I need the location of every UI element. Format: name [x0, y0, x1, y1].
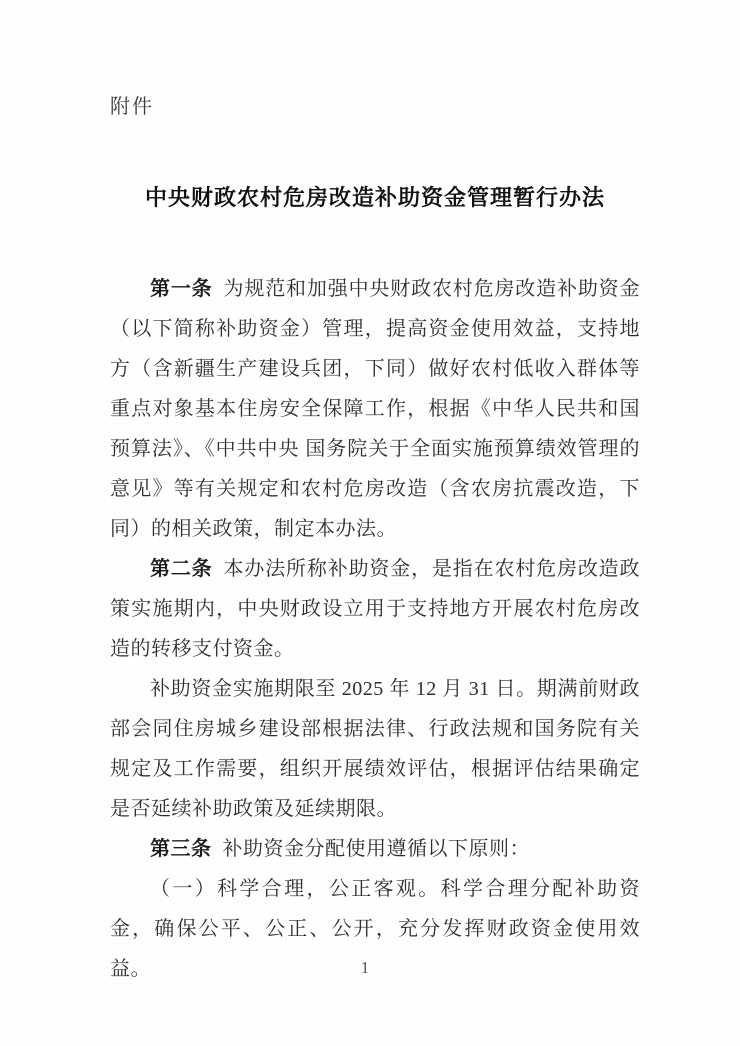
paragraph-article-2-continued: 补助资金实施期限至 2025 年 12 月 31 日。期满前财政部会同住房城乡建… [110, 669, 640, 829]
article-1-number: 第一条 [150, 278, 213, 300]
article-2b-text: 补助资金实施期限至 2025 年 12 月 31 日。期满前财政部会同住房城乡建… [110, 678, 640, 820]
article-1-text: 为规范和加强中央财政农村危房改造补助资金（以下简称补助资金）管理，提高资金使用效… [110, 278, 640, 540]
article-3-number: 第三条 [150, 838, 212, 860]
article-3-text: 补助资金分配使用遵循以下原则： [223, 838, 531, 860]
attachment-label: 附件 [110, 95, 640, 119]
document-title: 中央财政农村危房改造补助资金管理暂行办法 [110, 183, 640, 213]
article-2-number: 第二条 [150, 558, 213, 580]
document-page: 附件 中央财政农村危房改造补助资金管理暂行办法 第一条为规范和加强中央财政农村危… [0, 0, 740, 1046]
paragraph-article-2: 第二条本办法所称补助资金，是指在农村危房改造政策实施期内，中央财政设立用于支持地… [110, 549, 640, 669]
document-body: 第一条为规范和加强中央财政农村危房改造补助资金（以下简称补助资金）管理，提高资金… [110, 269, 640, 989]
paragraph-article-3: 第三条补助资金分配使用遵循以下原则： [110, 829, 640, 869]
paragraph-article-1: 第一条为规范和加强中央财政农村危房改造补助资金（以下简称补助资金）管理，提高资金… [110, 269, 640, 549]
page-number: 1 [0, 958, 730, 978]
